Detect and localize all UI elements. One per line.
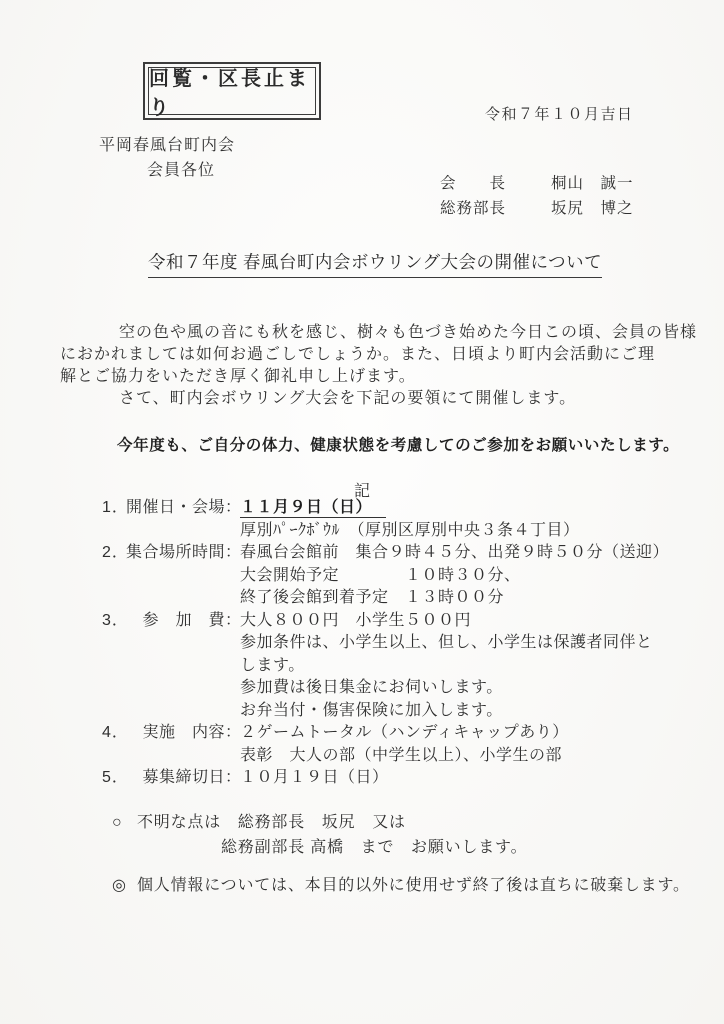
item-value: お弁当付・傷害保険に加入します。 [240,697,503,720]
contact-note: ○不明な点は 総務部長 坂尻 又は総務副部長 高橋 まで お願いします。 [112,810,527,860]
sender-title: 総務部長 [440,196,506,221]
item-number: 5． [102,764,129,787]
note-line: 不明な点は 総務部長 坂尻 又は [137,810,527,835]
circulation-stamp-text: 回覧・区長止まり [148,67,316,115]
document-title: 令和７年度 春風台町内会ボウリング大会の開催について [148,249,602,278]
item-label: 開催日・会場： [126,494,242,517]
item-number: 1． [102,494,129,517]
item-value: 春風台会館前 集合９時４５分、出発９時５０分（送迎） [240,539,669,562]
body-line: さて、町内会ボウリング大会を下記の要領にて開催します。 [60,388,697,410]
document-page: 回覧・区長止まり 令和７年１０月吉日 平岡春風台町内会 会員各位 会 長 桐山 … [0,0,724,1024]
sender-block: 会 長 桐山 誠一 総務部長 坂尻 博之 [440,171,634,221]
addressee-members: 会員各位 [147,157,215,180]
note-bullet: ○ [112,810,137,860]
sender-name: 坂尻 博之 [551,196,634,221]
item-label: 集合場所時間： [126,539,242,562]
note-row: ○不明な点は 総務部長 坂尻 又は総務副部長 高橋 まで お願いします。 [112,810,527,860]
privacy-note: ◎個人情報については、本目的以外に使用せず終了後は直ちに破棄します。 [112,873,690,898]
item-value: 大人８００円 小学生５００円 [240,607,471,630]
sender-row-general-affairs: 総務部長 坂尻 博之 [440,196,634,221]
item-label: 募集締切日： [126,764,242,787]
sender-name: 桐山 誠一 [551,171,634,196]
note-line: 総務副部長 高橋 まで お願いします。 [221,835,527,860]
body-line: 空の色や風の音にも秋を感じ、樹々も色づき始めた今日この頃、会員の皆様 [60,322,697,344]
note-row: ◎個人情報については、本目的以外に使用せず終了後は直ちに破棄します。 [112,873,690,898]
sender-row-chairman: 会 長 桐山 誠一 [440,171,634,196]
item-value: 厚別ﾊﾟｰｸﾎﾞｳﾙ （厚別区厚別中央３条４丁目） [240,517,580,540]
item-value: 参加条件は、小学生以上、但し、小学生は保護者同伴と [240,629,653,652]
item-value: 終了後会館到着予定 １３時００分 [240,584,504,607]
item-value: 参加費は後日集金にお伺いします。 [240,674,503,697]
addressee-org: 平岡春風台町内会 [99,132,235,155]
emphasis-note: 今年度も、ご自分の体力、健康状態を考慮してのご参加をお願いいたします。 [60,433,679,455]
item-number: 4． [102,719,129,742]
circulation-stamp-box: 回覧・区長止まり [143,62,321,120]
item-number: 3． [102,607,129,630]
item-number: 2． [102,539,129,562]
item-value: 表彰 大人の部（中学生以上）、小学生の部 [240,742,562,765]
item-value: １１月９日（日） [240,494,386,517]
item-value: １０月１９日（日） [240,764,389,787]
item-label: 実施 内容： [126,719,242,742]
note-bullet: ◎ [112,873,137,898]
item-value: ２ゲームトータル（ハンディキャップあり） [240,719,569,742]
item-label: 参 加 費： [126,607,242,630]
item-value: します。 [240,652,305,675]
body-line: 解とご協力をいただき厚く御礼申し上げます。 [60,366,697,388]
body-line: におかれましては如何お過ごしでしょうか。また、日頃より町内会活動にご理 [60,344,697,366]
note-lines: 不明な点は 総務部長 坂尻 又は総務副部長 高橋 まで お願いします。 [137,810,527,860]
sender-title: 会 長 [440,171,506,196]
item-value: 大会開始予定 １０時３０分、 [240,562,521,585]
body-paragraphs: 空の色や風の音にも秋を感じ、樹々も色づき始めた今日この頃、会員の皆様におかれまし… [60,322,697,410]
issue-date: 令和７年１０月吉日 [485,103,634,124]
note-lines: 個人情報については、本目的以外に使用せず終了後は直ちに破棄します。 [137,873,690,898]
note-line: 個人情報については、本目的以外に使用せず終了後は直ちに破棄します。 [137,873,690,898]
